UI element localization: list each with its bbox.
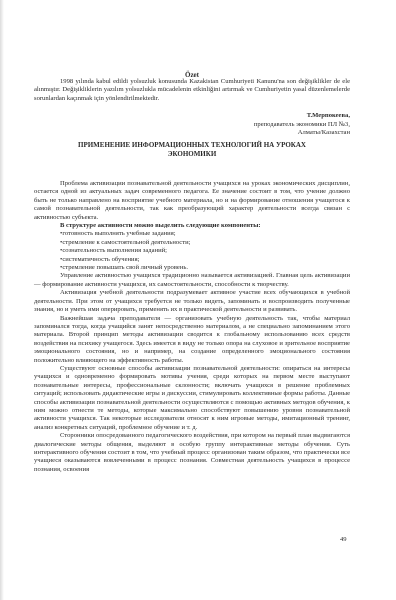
paragraph-2: Управление активностью учащихся традицио…	[34, 272, 350, 289]
author-block: Т.Мерпокеева, преподаватель экономики ПЛ…	[254, 112, 350, 138]
paragraph-5: Существуют основные способы активизации …	[34, 365, 350, 432]
list-item: систематичность обучения;	[60, 256, 350, 264]
list-item: готовность выполнять учебные задания;	[60, 230, 350, 238]
scan-edge	[0, 0, 4, 600]
list-item: сознательность выполнения заданий;	[60, 247, 350, 255]
paragraph-3: Активизация учебной деятельности подразу…	[34, 289, 350, 314]
author-name: Т.Мерпокеева,	[254, 112, 350, 121]
list-item: стремление к самостоятельной деятельност…	[60, 239, 350, 247]
article-title: ПРИМЕНЕНИЕ ИНФОРМАЦИОННЫХ ТЕХНОЛОГИЙ НА …	[54, 141, 330, 159]
paragraph-6: Сторонники опосредованного педагогическо…	[34, 432, 350, 474]
summary-text: 1998 yılında kabul edildi yolsuzluk konu…	[34, 78, 350, 103]
list-lead: В структуре активности можно выделить сл…	[34, 222, 350, 230]
summary-block: 1998 yılında kabul edildi yolsuzluk konu…	[34, 78, 350, 103]
component-list: готовность выполнять учебные задания; ст…	[34, 230, 350, 272]
list-item: стремление повышать свой личный уровень.	[60, 264, 350, 272]
paragraph-4: Важнейшая задача преподавателя — организ…	[34, 315, 350, 365]
paragraph-1: Проблема активизации познавательной деят…	[34, 180, 350, 222]
author-location: Алматы/Казахстан	[254, 129, 350, 138]
page-number: 49	[340, 536, 347, 543]
author-position: преподаватель экономики ПЛ №3,	[254, 121, 350, 130]
article-body: Проблема активизации познавательной деят…	[34, 180, 350, 474]
